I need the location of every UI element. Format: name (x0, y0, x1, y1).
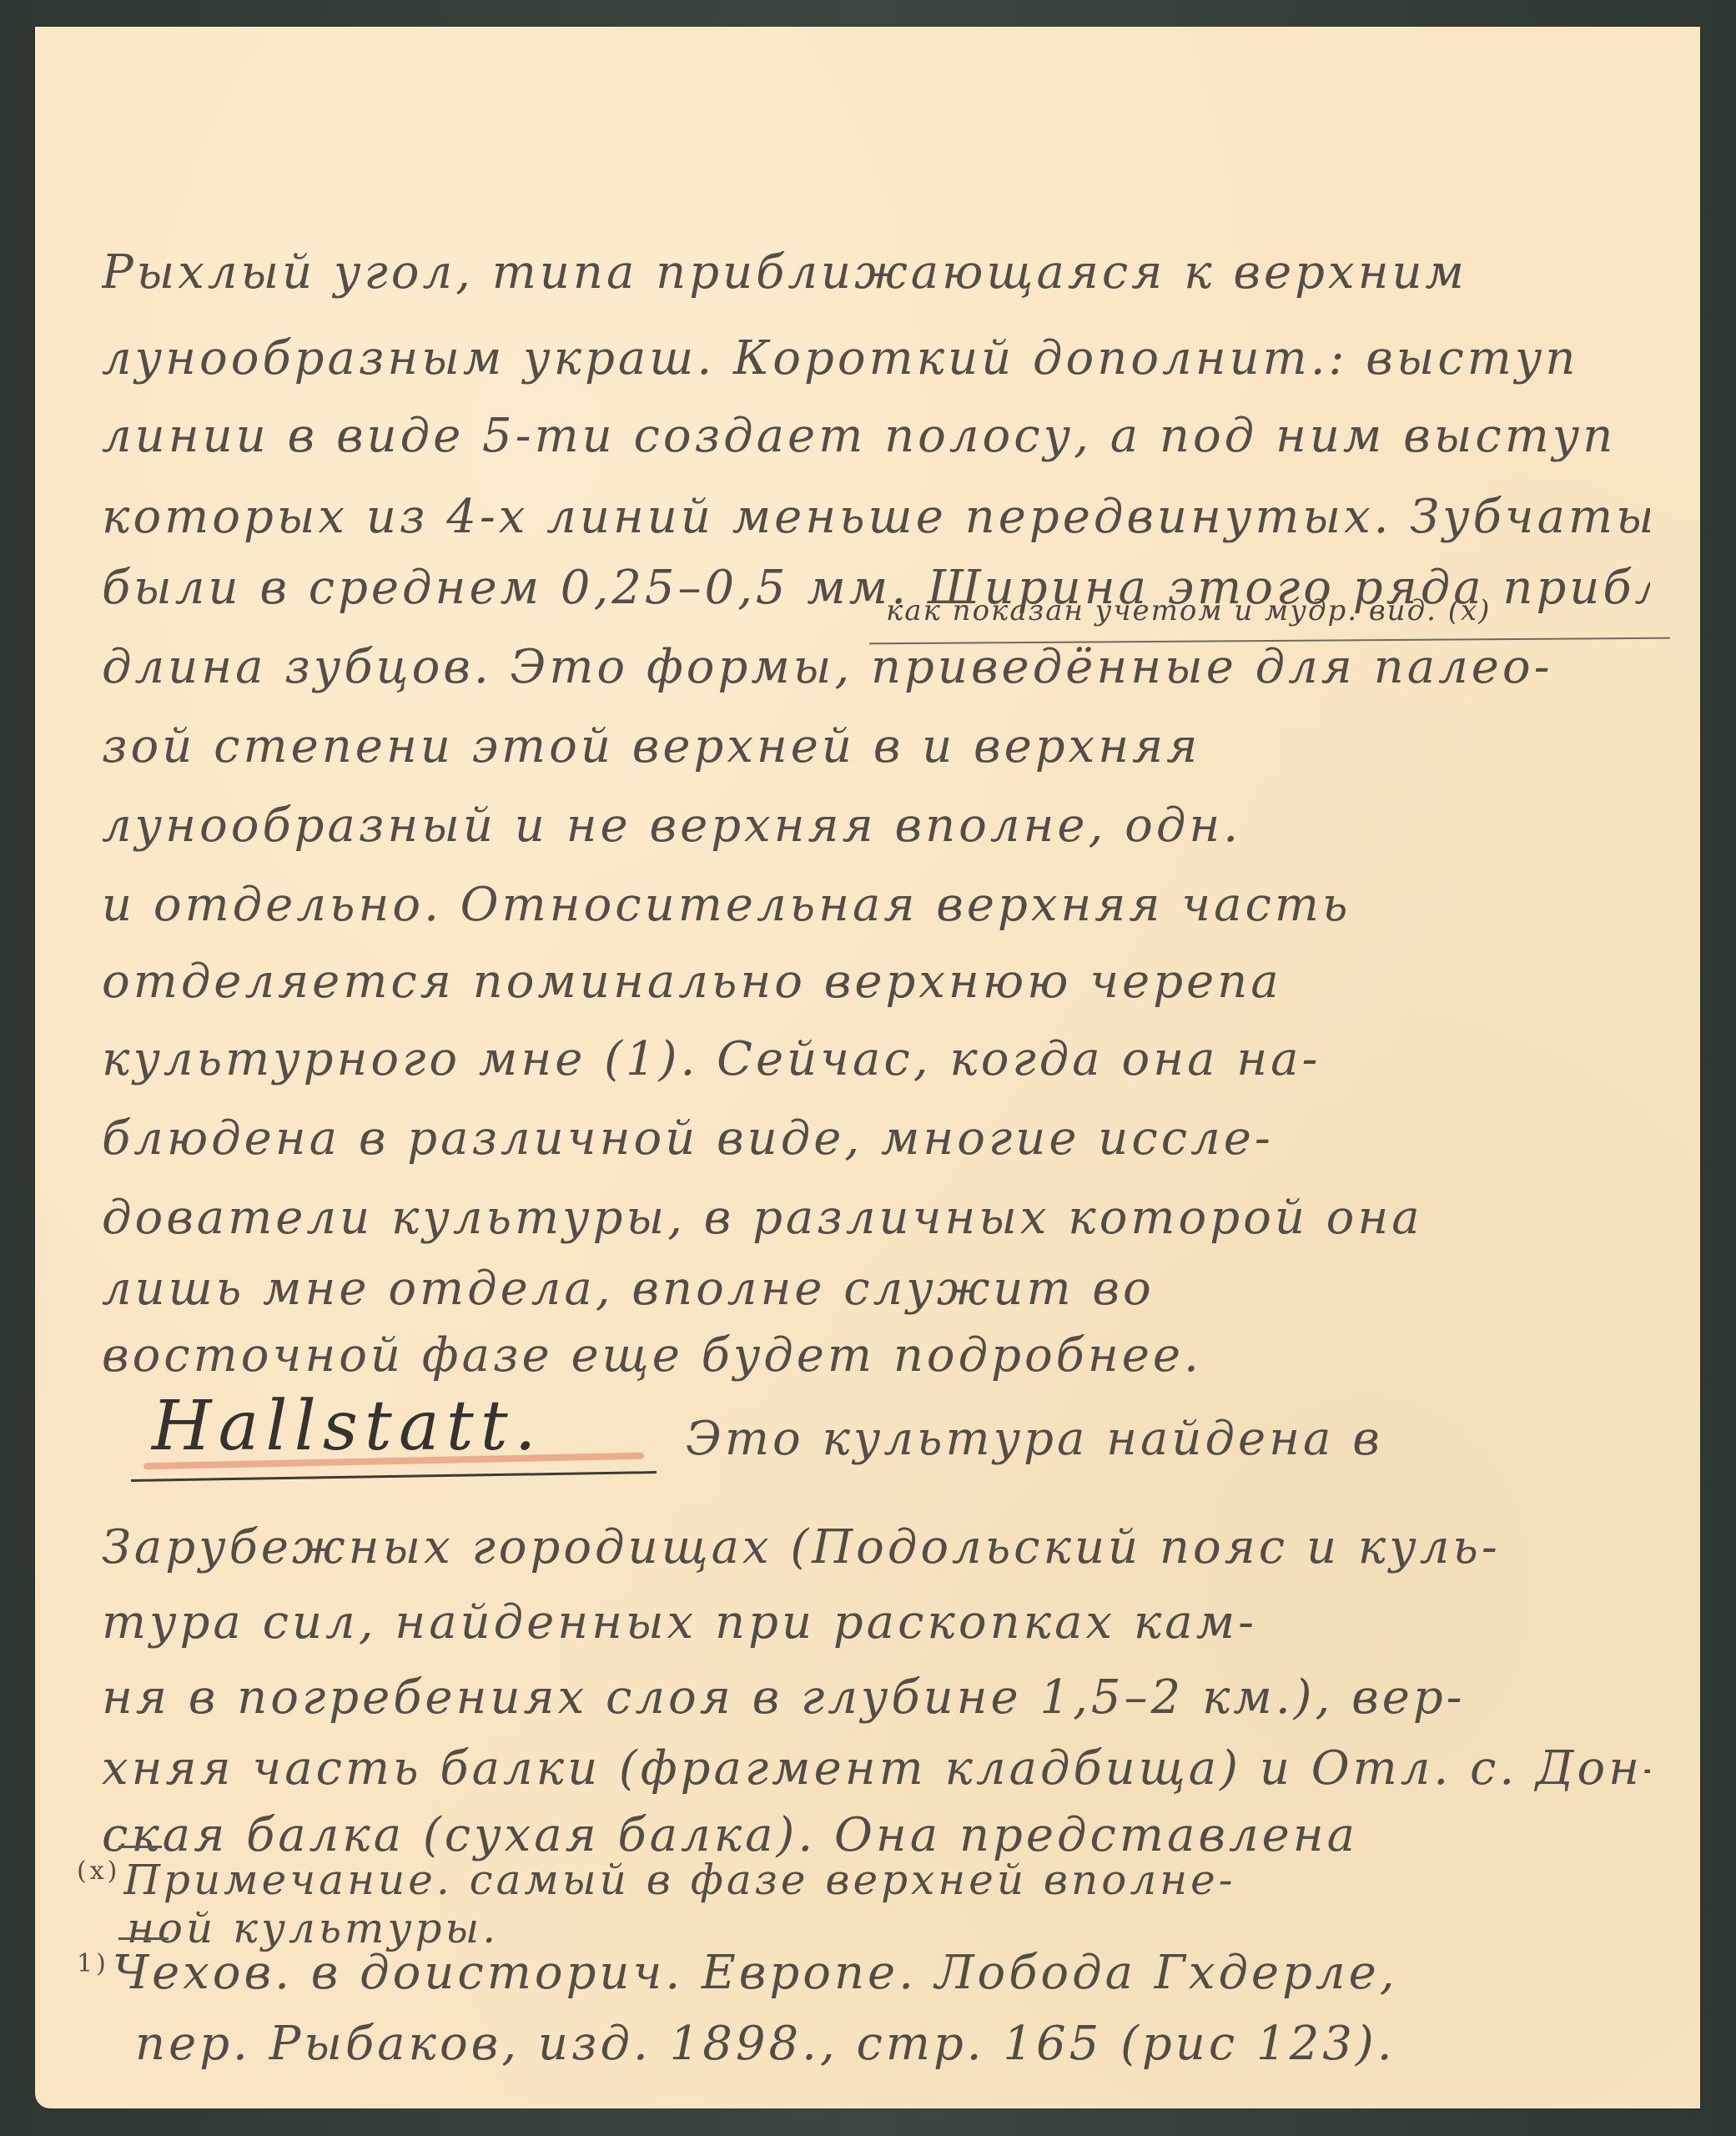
footnote-marker: (x) (77, 1856, 120, 1886)
section-line: хняя часть балки (фрагмент кладбища) и О… (102, 1741, 1650, 1796)
footnote-1: 1)Чехов. в доисторич. Европе. Лобода Гхд… (77, 1946, 1650, 2000)
body-line: лунообразный и не верхняя вполне, одн. (102, 798, 1650, 853)
body-line: длина зубцов. Это формы, приведённые для… (102, 640, 1650, 694)
section-line: ня в погребениях слоя в глубине 1,5–2 км… (102, 1670, 1650, 1725)
manuscript-page: Рыхлый угол, типа приближающаяся к верхн… (35, 27, 1700, 2108)
footnote-1-cont: пер. Рыбаков, изд. 1898., стр. 165 (рис … (135, 2017, 1650, 2071)
footnote-separator (118, 1846, 162, 1848)
footnote-text: Чехов. в доисторич. Европе. Лобода Гхдер… (113, 1946, 1398, 2000)
section-line: Зарубежных городищах (Подольский пояс и … (102, 1520, 1650, 1574)
body-line: дователи культуры, в различных которой о… (102, 1191, 1650, 1245)
body-line: лунообразным украш. Короткий дополнит.: … (102, 331, 1650, 385)
body-line: линии в виде 5-ти создает полосу, а под … (102, 409, 1650, 463)
interlinear-text: как показан учетом и мудр. вид. (x) (886, 594, 1491, 627)
section-line: Это культура найдена в (686, 1412, 1650, 1466)
body-line: блюдена в различной виде, многие иссле- (102, 1111, 1650, 1166)
body-line: культурного мне (1). Сейчас, когда она н… (102, 1032, 1650, 1086)
section-line: ская балка (сухая балка). Она представле… (102, 1808, 1650, 1862)
footnote-marker: 1) (77, 1949, 109, 1978)
footnote-text: Примечание. самый в фазе верхней вполне- (123, 1856, 1235, 1904)
section-heading: Hallstatt. (152, 1387, 543, 1466)
footnote-separator (118, 1937, 169, 1940)
body-line: и отдельно. Относительная верхняя часть (102, 878, 1650, 932)
heading-underline-black (131, 1471, 657, 1482)
section-line: тура сил, найденных при раскопках кам- (102, 1595, 1650, 1650)
body-line: восточной фазе еще будет подробнее. (102, 1328, 1650, 1383)
footnote-x: (x)Примечание. самый в фазе верхней впол… (77, 1856, 1650, 1904)
body-line: зой степени этой верхней в и верхняя (102, 719, 1650, 773)
body-line: Рыхлый угол, типа приближающаяся к верхн… (102, 245, 1650, 300)
body-line: отделяется поминально верхнюю черепа (102, 955, 1650, 1009)
interlinear-insertion: как показан учетом и мудр. вид. (x) (886, 594, 1491, 627)
body-line: которых из 4-х линий меньше передвинутых… (102, 490, 1650, 544)
body-line: лишь мне отдела, вполне служит во (102, 1262, 1650, 1316)
